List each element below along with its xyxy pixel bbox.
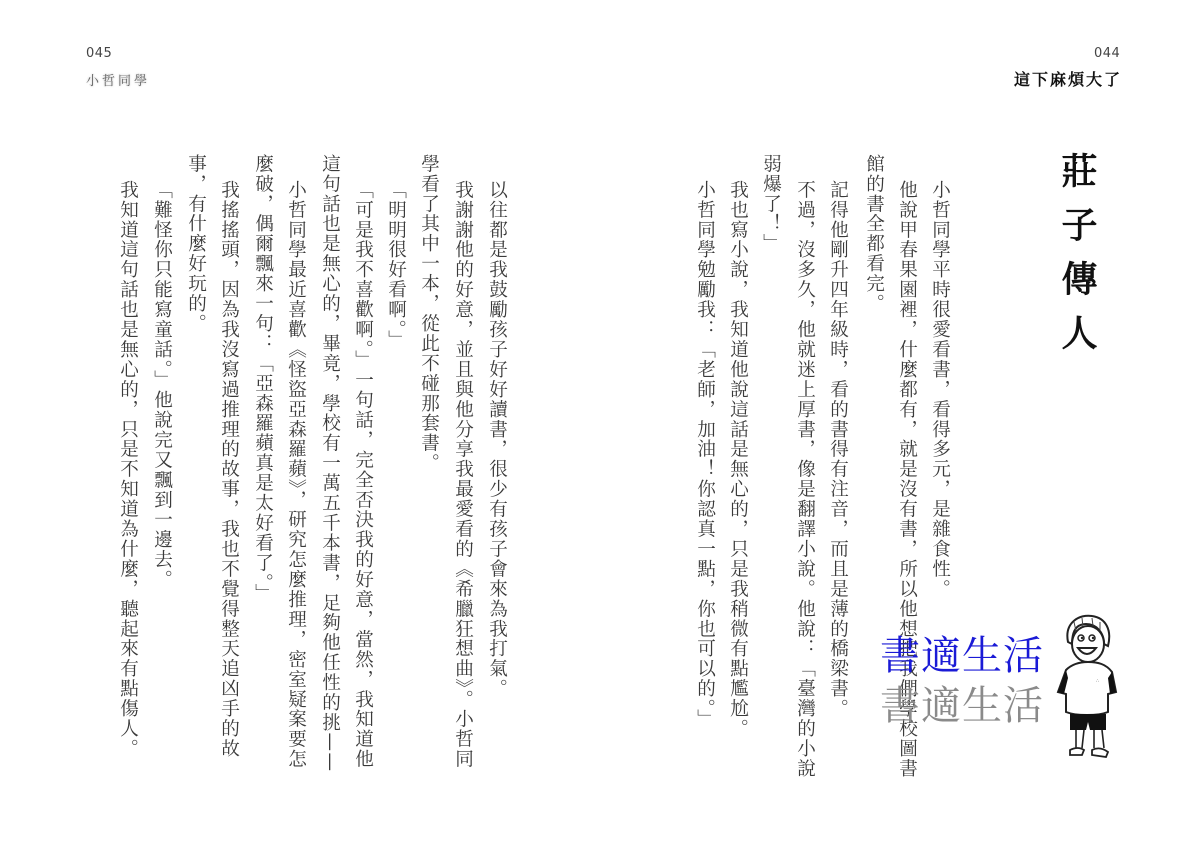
paragraph-column: 小哲同學最近喜歡《怪盜亞森羅蘋》，研究怎麼推理，密室疑案要怎 <box>286 180 305 769</box>
paragraph-column: 「難怪你只能寫童話。」他說完又飄到一邊去。 <box>152 180 171 590</box>
paragraph-column: 「明明很好看啊。」 <box>386 180 405 350</box>
paragraph-column: 以往都是我鼓勵孩子好好讀書，很少有孩子會來為我打氣。 <box>487 180 506 699</box>
right-running-head: 這下麻煩大了 <box>1014 67 1122 90</box>
paragraph-column: 不過，沒多久，他就迷上厚書，像是翻譯小說。他說：「臺灣的小說 <box>795 180 814 779</box>
paragraph-column: 麼破，偶爾飄來一句：「亞森羅蘋真是太好看了。」 <box>253 154 272 604</box>
paragraph-column: 館的書全都看完。 <box>864 154 883 314</box>
watermark-primary: 書適生活 <box>880 636 1044 676</box>
chapter-title: 莊子傳人 <box>1058 152 1094 368</box>
paragraph-column: 小哲同學平時很愛看書，看得多元，是雜食性。 <box>930 180 949 599</box>
paragraph-column: 記得他剛升四年級時，看的書得有注音，而且是薄的橋梁書。 <box>828 180 847 719</box>
paragraph-column: 這句話也是無心的，畢竟，學校有一萬五千本書，足夠他任性的挑—— <box>320 154 339 772</box>
paragraph-column: 我謝謝他的好意，並且與他分享我最愛看的《希臘狂想曲》。小哲同 <box>453 180 472 769</box>
paragraph-column: 我知道這句話也是無心的，只是不知道為什麼，聽起來有點傷人。 <box>118 180 137 759</box>
paragraph-column: 小哲同學勉勵我：「老師，加油！你認真一點，你也可以的。」 <box>695 180 714 729</box>
paragraph-column: 弱爆了！」 <box>761 154 780 254</box>
boy-illustration: ∴ <box>1050 612 1120 762</box>
paragraph-column: 我也寫小說，我知道他說這話是無心的，只是我稍微有點尷尬。 <box>728 180 747 739</box>
left-page-number: 045 <box>86 46 112 61</box>
right-page-number: 044 <box>1094 46 1120 61</box>
paragraph-column: 事，有什麼好玩的。 <box>186 154 205 334</box>
svg-text:∴: ∴ <box>1096 678 1099 684</box>
left-running-head: 小哲同學 <box>86 70 150 89</box>
paragraph-column: 學看了其中一本，從此不碰那套書。 <box>419 154 438 473</box>
paragraph-column: 「可是我不喜歡啊。」一句話，完全否決我的好意，當然，我知道他 <box>353 180 372 769</box>
paragraph-column: 我搖搖頭，因為我沒寫過推理的故事，我也不覺得整天追凶手的故 <box>219 180 238 759</box>
watermark-shadow: 書適生活 <box>880 686 1044 726</box>
